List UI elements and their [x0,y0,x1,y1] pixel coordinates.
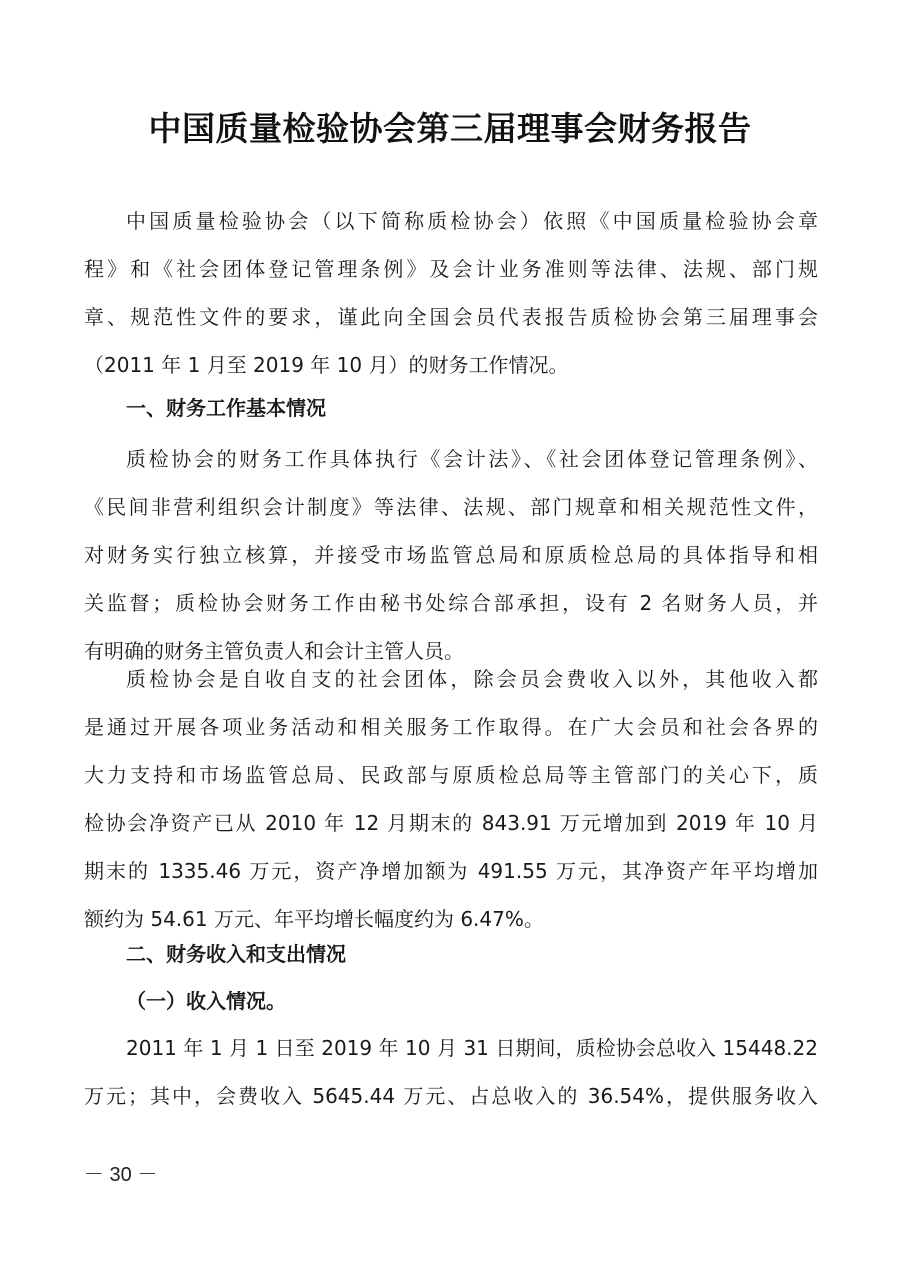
paragraph-line: 万元；其中，会费收入 5645.44 万元、占总收入的 36.54%，提供服务收… [84,1081,818,1111]
paragraph-line: 章、规范性文件的要求，谨此向全国会员代表报告质检协会第三届理事会 [84,302,818,332]
paragraph-line: 质检协会的财务工作具体执行《会计法》、《社会团体登记管理条例》、 [84,444,818,474]
paragraph-line: 检协会净资产已从 2010 年 12 月期末的 843.91 万元增加到 201… [84,808,818,838]
page-number: － 30 － [84,1158,157,1187]
paragraph-line: 是通过开展各项业务活动和相关服务工作取得。在广大会员和社会各界的 [84,712,818,742]
section-heading: 一、财务工作基本情况 [84,393,818,423]
paragraph-line: 对财务实行独立核算，并接受市场监管总局和原质检总局的具体指导和相 [84,540,818,570]
paragraph-line: 额约为 54.61 万元、年平均增长幅度约为 6.47%。 [84,904,818,934]
paragraph-line: 质检协会是自收自支的社会团体，除会员会费收入以外，其他收入都 [84,664,818,694]
section-heading: （一）收入情况。 [84,986,818,1016]
paragraph-line: 《民间非营利组织会计制度》等法律、法规、部门规章和相关规范性文件， [84,492,818,522]
paragraph-line: 大力支持和市场监管总局、民政部与原质检总局等主管部门的关心下，质 [84,760,818,790]
section-heading: 二、财务收入和支出情况 [84,939,818,969]
paragraph-line: 2011 年 1 月 1 日至 2019 年 10 月 31 日期间，质检协会总… [84,1033,818,1063]
document-title: 中国质量检验协会第三届理事会财务报告 [0,103,900,150]
paragraph-line: 中国质量检验协会（以下简称质检协会）依照《中国质量检验协会章 [84,206,818,236]
paragraph-line: 关监督；质检协会财务工作由秘书处综合部承担，设有 2 名财务人员，并 [84,588,818,618]
paragraph-line: 期末的 1335.46 万元，资产净增加额为 491.55 万元，其净资产年平均… [84,856,818,886]
document-page: 中国质量检验协会第三届理事会财务报告 中国质量检验协会（以下简称质检协会）依照《… [0,0,900,1273]
paragraph-line: 有明确的财务主管负责人和会计主管人员。 [84,636,818,666]
paragraph-line: （2011 年 1 月至 2019 年 10 月）的财务工作情况。 [84,350,818,380]
paragraph-line: 程》和《社会团体登记管理条例》及会计业务准则等法律、法规、部门规 [84,254,818,284]
